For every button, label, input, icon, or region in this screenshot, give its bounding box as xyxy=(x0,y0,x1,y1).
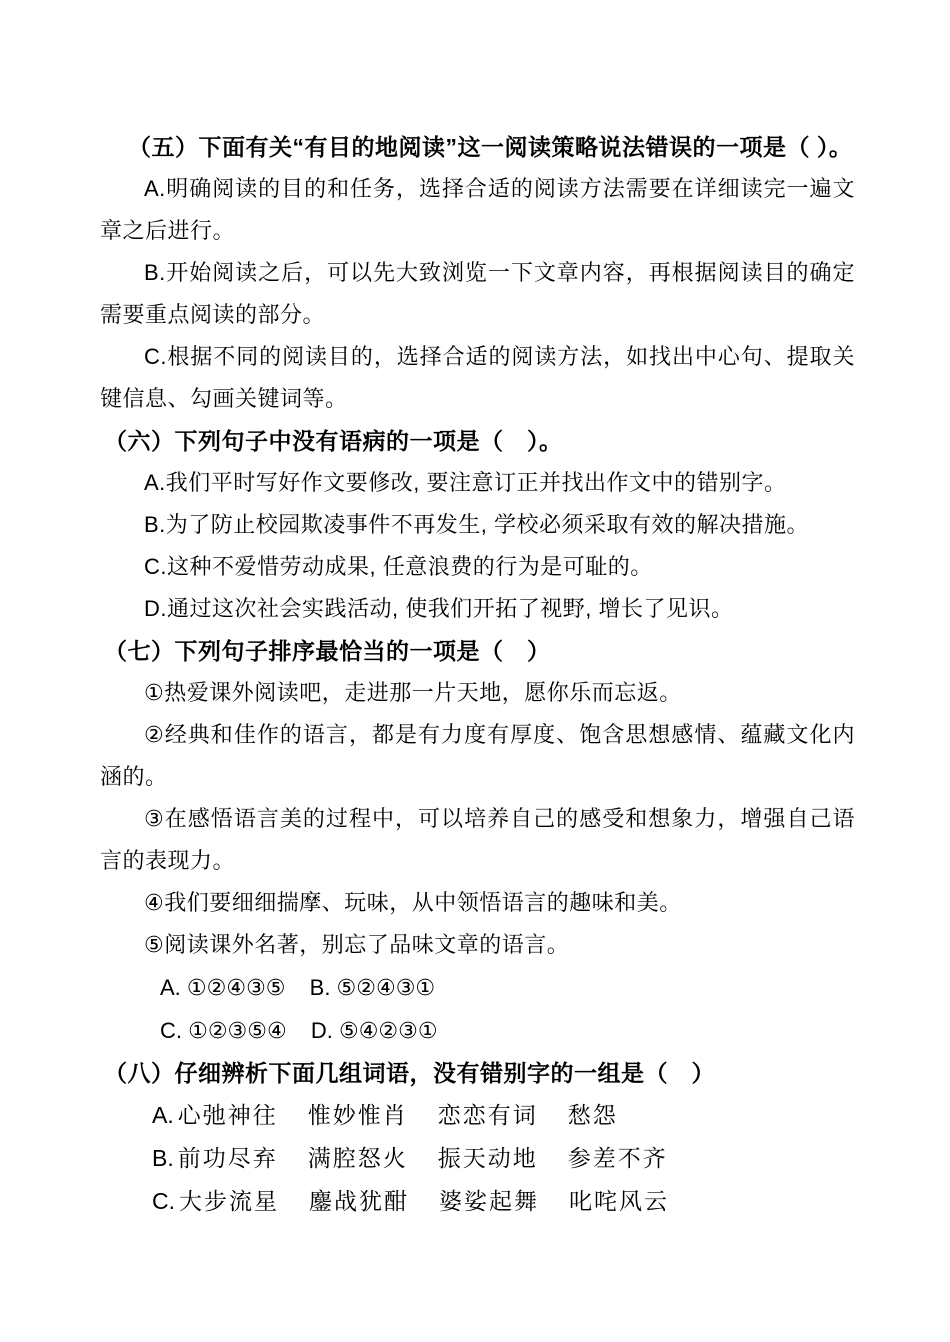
word-item: 参差不齐 xyxy=(568,1137,668,1180)
word-item: 叱咤风云 xyxy=(569,1180,669,1223)
question-5-heading: （五）下面有关“有目的地阅读”这一阅读策略说法错误的一项是（ ）。 xyxy=(100,126,855,168)
word-item: 满腔怒火 xyxy=(308,1137,408,1180)
question-8-group-b: B. 前功尽弃 满腔怒火 振天动地 参差不齐 xyxy=(100,1137,855,1180)
question-7: （七）下列句子排序最恰当的一项是（ ） ①热爱课外阅读吧，走进那一片天地，愿你乐… xyxy=(100,630,855,1052)
question-7-choice-b: B. ⑤②④③① xyxy=(310,975,436,1000)
question-6-option-c: C.这种不爱惜劳动成果, 任意浪费的行为是可耻的。 xyxy=(100,546,855,588)
question-7-choice-c: C. ①②③⑤④ xyxy=(160,1018,287,1043)
question-8-group-c: C. 大步流星 鏖战犹酣 婆娑起舞 叱咤风云 xyxy=(100,1180,855,1223)
question-7-choices-row-2: C. ①②③⑤④ D. ⑤④②③① xyxy=(100,1009,855,1052)
word-item: 恋恋有词 xyxy=(438,1094,538,1137)
question-7-heading: （七）下列句子排序最恰当的一项是（ ） xyxy=(100,630,855,672)
question-8-heading: （八）仔细辨析下面几组词语，没有错别字的一组是（ ） xyxy=(100,1052,855,1094)
question-6-option-b: B.为了防止校园欺凌事件不再发生, 学校必须采取有效的解决措施。 xyxy=(100,504,855,546)
word-item: 鏖战犹酣 xyxy=(309,1180,409,1223)
group-label: C. xyxy=(152,1180,175,1223)
word-item: 振天动地 xyxy=(438,1137,538,1180)
word-item: 大步流星 xyxy=(179,1180,279,1223)
question-7-sentence-3: ③在感悟语言美的过程中，可以培养自己的感受和想象力，增强自己语言的表现力。 xyxy=(100,798,855,882)
question-6-option-a: A.我们平时写好作文要修改, 要注意订正并找出作文中的错别字。 xyxy=(100,462,855,504)
question-5-option-a: A.明确阅读的目的和任务，选择合适的阅读方法需要在详细读完一遍文章之后进行。 xyxy=(100,168,855,252)
word-item: 愁怨 xyxy=(568,1094,618,1137)
question-7-sentence-5: ⑤阅读课外名著，别忘了品味文章的语言。 xyxy=(100,924,855,966)
exam-page: （五）下面有关“有目的地阅读”这一阅读策略说法错误的一项是（ ）。 A.明确阅读… xyxy=(0,0,950,1342)
word-item: 惟妙惟肖 xyxy=(308,1094,408,1137)
question-5-option-b: B.开始阅读之后，可以先大致浏览一下文章内容，再根据阅读目的确定需要重点阅读的部… xyxy=(100,252,855,336)
word-item: 前功尽弃 xyxy=(178,1137,278,1180)
question-7-choice-d: D. ⑤④②③① xyxy=(311,1018,438,1043)
question-8-group-a: A. 心弛神往 惟妙惟肖 恋恋有词 愁怨 xyxy=(100,1094,855,1137)
question-7-choices-row-1: A. ①②④③⑤ B. ⑤②④③① xyxy=(100,966,855,1009)
question-7-choice-a: A. ①②④③⑤ xyxy=(160,975,286,1000)
question-6-heading: （六）下列句子中没有语病的一项是（ ）。 xyxy=(100,420,855,462)
question-6-option-d: D.通过这次社会实践活动, 使我们开拓了视野, 增长了见识。 xyxy=(100,588,855,630)
question-7-sentence-2: ②经典和佳作的语言，都是有力度有厚度、饱含思想感情、蕴藏文化内涵的。 xyxy=(100,714,855,798)
word-item: 婆娑起舞 xyxy=(439,1180,539,1223)
group-label: A. xyxy=(152,1094,174,1137)
word-item: 心弛神往 xyxy=(178,1094,278,1137)
question-8: （八）仔细辨析下面几组词语，没有错别字的一组是（ ） A. 心弛神往 惟妙惟肖 … xyxy=(100,1052,855,1223)
group-label: B. xyxy=(152,1137,174,1180)
question-5: （五）下面有关“有目的地阅读”这一阅读策略说法错误的一项是（ ）。 A.明确阅读… xyxy=(100,126,855,420)
question-5-option-c: C.根据不同的阅读目的，选择合适的阅读方法，如找出中心句、提取关键信息、勾画关键… xyxy=(100,336,855,420)
question-7-sentence-1: ①热爱课外阅读吧，走进那一片天地，愿你乐而忘返。 xyxy=(100,672,855,714)
question-7-sentence-4: ④我们要细细揣摩、玩味，从中领悟语言的趣味和美。 xyxy=(100,882,855,924)
question-6: （六）下列句子中没有语病的一项是（ ）。 A.我们平时写好作文要修改, 要注意订… xyxy=(100,420,855,630)
